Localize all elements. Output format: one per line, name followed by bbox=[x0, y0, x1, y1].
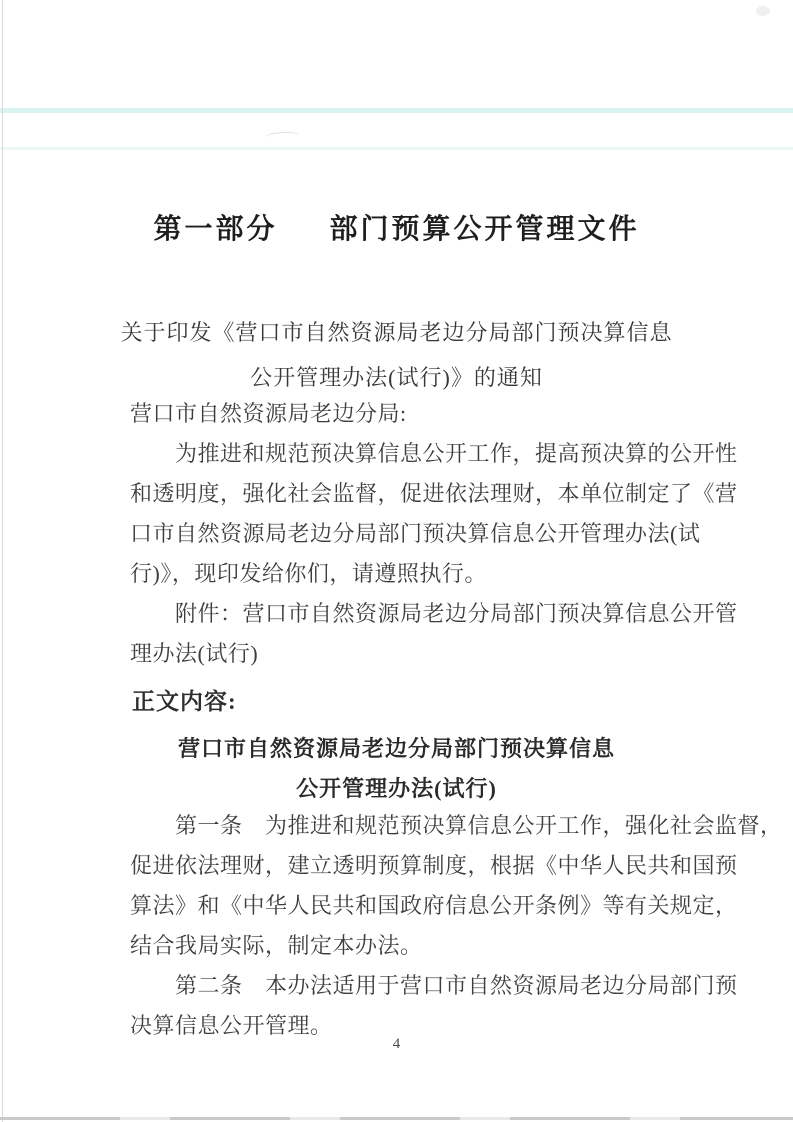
scan-artifact-left-edge bbox=[2, 0, 3, 1122]
notice-title: 关于印发《营口市自然资源局老边分局部门预决算信息 公开管理办法(试行)》的通知 bbox=[0, 310, 793, 400]
scan-artifact-corner-smudge bbox=[756, 6, 770, 16]
text-line: 行)》，现印发给你们，请遵照执行。 bbox=[130, 554, 696, 594]
text-line: 附件：营口市自然资源局老边分局部门预决算信息公开管 bbox=[130, 594, 696, 634]
text-line: 和透明度，强化社会监督，促进依法理财，本单位制定了《营 bbox=[130, 474, 696, 514]
part-heading: 第一部分部门预算公开管理文件 bbox=[0, 207, 793, 247]
scan-artifact-bottom-edge bbox=[0, 1117, 793, 1120]
content-label: 正文内容: bbox=[132, 683, 237, 716]
part-heading-label: 第一部分 bbox=[153, 214, 277, 245]
scan-artifact-smudge bbox=[265, 131, 300, 142]
text-line: 口市自然资源局老边分局部门预决算信息公开管理办法(试 bbox=[130, 514, 696, 554]
measure-title-line2: 公开管理办法(试行) bbox=[0, 769, 793, 809]
scanned-document-page: 第一部分部门预算公开管理文件 关于印发《营口市自然资源局老边分局部门预决算信息 … bbox=[0, 0, 793, 1122]
text-line: 为推进和规范预决算信息公开工作，提高预决算的公开性 bbox=[130, 434, 696, 474]
page-number: 4 bbox=[0, 1036, 793, 1053]
text-line: 第二条 本办法适用于营口市自然资源局老边分局部门预 bbox=[130, 966, 710, 1006]
notice-body: 营口市自然资源局老边分局: 为推进和规范预决算信息公开工作，提高预决算的公开性 … bbox=[130, 394, 696, 674]
scan-artifact-cyan-line-faint bbox=[0, 147, 793, 150]
text-line: 理办法(试行) bbox=[130, 634, 696, 674]
measure-title-line1: 营口市自然资源局老边分局部门预决算信息 bbox=[0, 729, 793, 769]
part-heading-title: 部门预算公开管理文件 bbox=[330, 214, 640, 245]
text-line: 算法》和《中华人民共和国政府信息公开条例》等有关规定， bbox=[130, 886, 710, 926]
scan-artifact-cyan-line bbox=[0, 108, 793, 113]
articles-body: 第一条 为推进和规范预决算信息公开工作，强化社会监督， 促进依法理财，建立透明预… bbox=[130, 806, 710, 1046]
text-line: 结合我局实际，制定本办法。 bbox=[130, 926, 710, 966]
notice-title-line1: 关于印发《营口市自然资源局老边分局部门预决算信息 bbox=[0, 310, 793, 355]
text-line: 营口市自然资源局老边分局: bbox=[130, 394, 696, 434]
measure-title: 营口市自然资源局老边分局部门预决算信息 公开管理办法(试行) bbox=[0, 729, 793, 809]
text-line: 促进依法理财，建立透明预算制度，根据《中华人民共和国预 bbox=[130, 846, 710, 886]
text-line: 第一条 为推进和规范预决算信息公开工作，强化社会监督， bbox=[130, 806, 710, 846]
